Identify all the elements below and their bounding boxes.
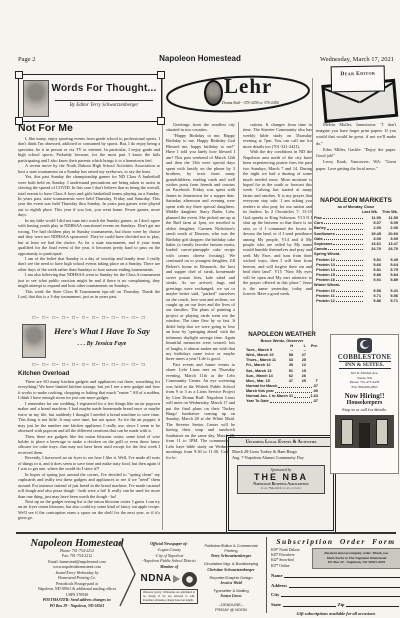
official-newspaper-block: Official Newspaper of: -Logan County-Cit… [140, 541, 198, 604]
staff-list: Publisher/Editor & Commercial Printing T… [202, 540, 260, 612]
lehr-column-1: Greetings from the smallest city situate… [166, 122, 235, 530]
dot-leader [336, 275, 363, 276]
columnist-photo [22, 324, 46, 358]
column-title: Words For Thought... [51, 83, 157, 94]
dot-leader [327, 229, 363, 230]
paragraph: Then, there are gadgets like the onion b… [18, 434, 160, 456]
dot-leader [294, 397, 310, 398]
dot-leader [336, 301, 363, 302]
paragraph: Yes, this past Sunday the championship g… [18, 174, 160, 218]
name-field: Name [271, 573, 400, 578]
dot-leader [323, 218, 363, 219]
dot-leader [275, 392, 312, 393]
paragraph: With the dry conditions in ND the Napole… [243, 149, 312, 296]
paragraph: There are SO many kitchen gadgets and ap… [18, 379, 160, 401]
dear-editor-label: Dear Editor [332, 71, 384, 78]
dot-leader [270, 402, 312, 403]
dear-editor-envelope-icon: Dear Editor [318, 63, 398, 121]
lehr-column-title: Lehr [224, 74, 272, 99]
staff-entry: Publisher/Editor & Commercial Printing T… [202, 543, 260, 558]
dot-leader [333, 244, 363, 245]
corner-ornament [15, 71, 23, 79]
dot-leader [278, 387, 311, 388]
dot-leader [336, 260, 363, 261]
state-zip-fields: State Zip [271, 602, 400, 607]
article-body: I, like many, enjoy sporting events from… [18, 136, 160, 313]
sponsor-name: THE NBA [238, 472, 324, 482]
sponsor-box: Sponsored by THE NBA Napoleon Business A… [237, 465, 325, 494]
newspaper-page: Page 2 Napoleon Homestead Wednesday, Mar… [0, 0, 400, 618]
editor-photo [23, 80, 49, 117]
paragraph: A recent move by the North Dakota High S… [18, 163, 160, 174]
column-title: Here's What I Have To Say [48, 326, 156, 336]
address-field: Address [271, 583, 400, 588]
staff-entry: Typesetter & Mailing Sonya Gross [202, 588, 260, 598]
col-last-week: Last Wk. [362, 209, 378, 214]
lehr-column-2: cations. It changes from time to time. T… [243, 122, 312, 328]
dot-leader [336, 270, 363, 271]
payment-note: Payment must accompany order. Thank you.… [312, 548, 400, 569]
ndna-flag-icon [173, 575, 180, 583]
ndna-wordmark: NDNA [141, 572, 172, 587]
hotel-door [359, 423, 370, 448]
markets-title: NAPOLEON MARKETS [314, 197, 398, 204]
paragraph: I remember for our wedding, I registered… [18, 401, 160, 434]
paragraph: Next up on the gadget testing list is th… [18, 499, 160, 521]
column-divider [162, 74, 163, 530]
market-row: Protein 12 5.86 5.71 [314, 298, 398, 303]
deadline-line: FRIDAY @ NOON [202, 607, 260, 612]
dot-leader [336, 291, 363, 292]
dot-leader [336, 234, 363, 235]
advertiser-name-2: INN & SUITES. [339, 361, 391, 369]
reader-letters: Melvin Muller, Jamestown: "I don't imagi… [316, 122, 396, 195]
divider [55, 100, 153, 101]
issue-date: Wednesday, March 17, 2021 [320, 56, 394, 63]
obituary-policy: Obituary policy: Obituaries are publishe… [140, 589, 198, 604]
envelope-letter: Dear Editor [331, 65, 385, 92]
column-byline: By Editor Terry Schwartzenberger [51, 103, 157, 108]
dot-leader [324, 223, 363, 224]
markets-column-headers: Last Wk. This Wk. [314, 209, 398, 214]
association-seal-icon [182, 572, 197, 587]
dot-leader [324, 239, 363, 240]
ad-headline: Now Hiring!! [331, 392, 398, 400]
decorative-border-top [18, 316, 160, 321]
article-headline: Kitchen Overload [18, 370, 69, 377]
sponsor-call-line: Call 754-2212 to list an event [238, 486, 324, 490]
decorative-border-bottom [18, 363, 160, 368]
paragraph: I am of the belief that Sunday is a day … [18, 256, 160, 272]
subcolumn-divider [238, 122, 239, 330]
fill-in-line [289, 587, 400, 588]
weather-observer: Bruce Wentz, Observer [246, 338, 318, 343]
ad-subheadline: Housekeepers [331, 400, 398, 406]
price-line: $37* Online [271, 564, 309, 569]
article-body: There are SO many kitchen gadgets and ap… [18, 379, 160, 529]
gift-subscriptions-note: Gift subscriptions available for all occ… [271, 611, 400, 616]
subscription-prices: $39* North Dakota$45* Elsewhere$42* Snow… [271, 548, 309, 569]
dot-leader [336, 280, 363, 281]
col-this-week: This Wk. [382, 209, 398, 214]
ad-address-line: Fax: 866-686-2863 [331, 385, 398, 390]
staff-entry: Reporter/Graphic Design Jessica Waid [202, 575, 260, 585]
lehr-contact-line: Donna Ruff - 378-3290 or 378-2280 [222, 101, 279, 105]
article-headline: Not For Me [18, 122, 73, 134]
dot-leader [328, 249, 363, 250]
letter: Edris Miller, Gackle: "Enjoy the paper. … [316, 147, 396, 159]
ndna-logo: NDNA [140, 572, 198, 587]
paragraph: I am also believing that NDHSAA went to … [18, 272, 160, 288]
cobblestone-ad: COBBLESTONE INN & SUITES. 623 N. Mitchel… [330, 334, 399, 474]
paragraph: In hopes of spring just around the corne… [18, 472, 160, 499]
column-byline: . . . By Jessica Faye [48, 341, 156, 347]
paragraph: Past events and future events to share: … [166, 362, 235, 460]
letter: Leroy Kaak, Vancouver, WA: "Great paper.… [316, 159, 396, 171]
events-title: Upcoming Local Events & Activities [229, 438, 333, 447]
masthead-chevron-ornament [118, 540, 140, 608]
payment-note-line: PO Box 29 - Napoleon, ND 58561-0029 [315, 560, 398, 565]
cobblestone-crescent-icon [357, 338, 372, 353]
advertiser-name: COBBLESTONE [331, 354, 398, 361]
paragraph: "Happy Birthday to me, Happy Birthday to… [166, 133, 235, 362]
paragraph: Recently, I borrowed an air fryer to see… [18, 455, 160, 471]
weather-title: NAPOLEON WEATHER [246, 331, 318, 338]
paragraph: This week the State Class B Tournament t… [18, 289, 160, 300]
weather-summary-row: Year To Date .37 [246, 399, 318, 404]
subscription-form: Subscription Order Form $39* North Dakot… [266, 537, 400, 613]
fill-in-line [283, 606, 336, 607]
fill-in-line [281, 596, 400, 597]
dot-leader [336, 296, 363, 297]
events-box: Upcoming Local Events & Activities March… [228, 437, 334, 531]
letter: Melvin Muller, Jamestown: "I don't imagi… [316, 122, 396, 147]
paragraph: I, like many, enjoy sporting events from… [18, 136, 160, 163]
paragraph: cations. It changes from time to time. T… [243, 122, 312, 149]
paragraph: In my little world I did not tune into w… [18, 218, 160, 256]
paragraph: Greetings from the smallest city situate… [166, 122, 235, 133]
staff-entry: Circulation Mgr. & Bookkeeping Christine… [202, 561, 260, 571]
fill-in-line [346, 606, 399, 607]
event-item: Aug. 7-Napoleon Alumni Community Day. [232, 455, 330, 461]
city-field: City [271, 592, 400, 597]
member-of-label: Member of [140, 564, 198, 570]
fill-in-line [284, 577, 400, 578]
subscription-form-title: Subscription Order Form [271, 537, 400, 546]
weather-table: NAPOLEON WEATHER Bruce Wentz, Observer H… [246, 331, 318, 404]
correspondent-photo [204, 80, 223, 106]
hotel-photo [335, 415, 394, 448]
words-for-thought-masthead: Words For Thought... By Editor Terry Sch… [18, 74, 162, 122]
dot-leader [336, 265, 363, 266]
masthead-divider [16, 532, 396, 534]
markets-table: NAPOLEON MARKETS as of Monday Close Last… [314, 197, 398, 303]
ad-call-to-action: Stop in or call for details. [331, 407, 398, 412]
